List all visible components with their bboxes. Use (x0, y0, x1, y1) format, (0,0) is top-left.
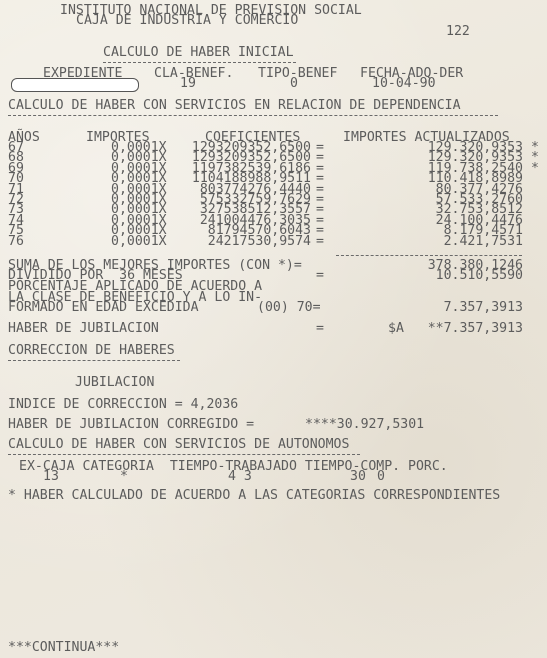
fecha-value: 10-04-90 (372, 78, 436, 89)
haber-eq: = (316, 323, 324, 334)
continua-footer: ***CONTINUA*** (8, 642, 119, 653)
row-equals: = (316, 236, 324, 247)
dividido-eq: = (316, 270, 324, 281)
corregido-label: HABER DE JUBILACION CORREGIDO = (8, 419, 254, 430)
row-importe: 0,0001X (111, 236, 167, 247)
porcentaje-line3: FORMADO EN EDAD EXCEDIDA (8, 302, 199, 313)
tiempo-comp-value: 30 (350, 471, 366, 482)
corregido-value: ****30.927,5301 (305, 419, 424, 430)
correccion-subtitle: JUBILACION (75, 377, 154, 388)
tiempo-trabajado-value: 4 3 (228, 471, 252, 482)
porcentaje-code: (00) 70= (257, 302, 321, 313)
expediente-redacted-field (11, 78, 139, 92)
row-actualizado: 2.421,7531 (444, 236, 523, 247)
row-best-marker: * (531, 163, 539, 174)
sum-separator (336, 255, 522, 256)
page-number: 122 (446, 26, 470, 37)
haber-value: **7.357,3913 (428, 323, 523, 334)
correccion-title: CORRECCION DE HABERES (8, 345, 175, 356)
dependencia-underline (8, 115, 498, 116)
row-coeficiente: 24217530,9574 (208, 236, 311, 247)
categoria-value: * (120, 471, 128, 482)
caja-title: CAJA DE INDUSTRIA Y COMERCIO (76, 15, 298, 26)
indice-correccion: INDICE DE CORRECCION = 4,2036 (8, 399, 238, 410)
porc-value: 0 (377, 471, 385, 482)
row-year: 76 (8, 236, 24, 247)
tipo-benef-value: 0 (290, 78, 298, 89)
document-title: CALCULO DE HABER INICIAL (103, 47, 294, 58)
autonomos-underline (8, 454, 360, 455)
haber-currency: $A (388, 323, 404, 334)
dividido-value: 10.510,5590 (436, 270, 523, 281)
correccion-underline (8, 360, 180, 361)
porcentaje-value: 7.357,3913 (444, 302, 523, 313)
title-underline (103, 62, 296, 63)
dependencia-title: CALCULO DE HABER CON SERVICIOS EN RELACI… (8, 100, 461, 111)
ex-caja-value: 13 (43, 471, 59, 482)
haber-label: HABER DE JUBILACION (8, 323, 159, 334)
autonomos-note: * HABER CALCULADO DE ACUERDO A LAS CATEG… (8, 490, 500, 501)
cla-benef-value: 19 (180, 78, 196, 89)
autonomos-title: CALCULO DE HABER CON SERVICIOS DE AUTONO… (8, 439, 349, 450)
